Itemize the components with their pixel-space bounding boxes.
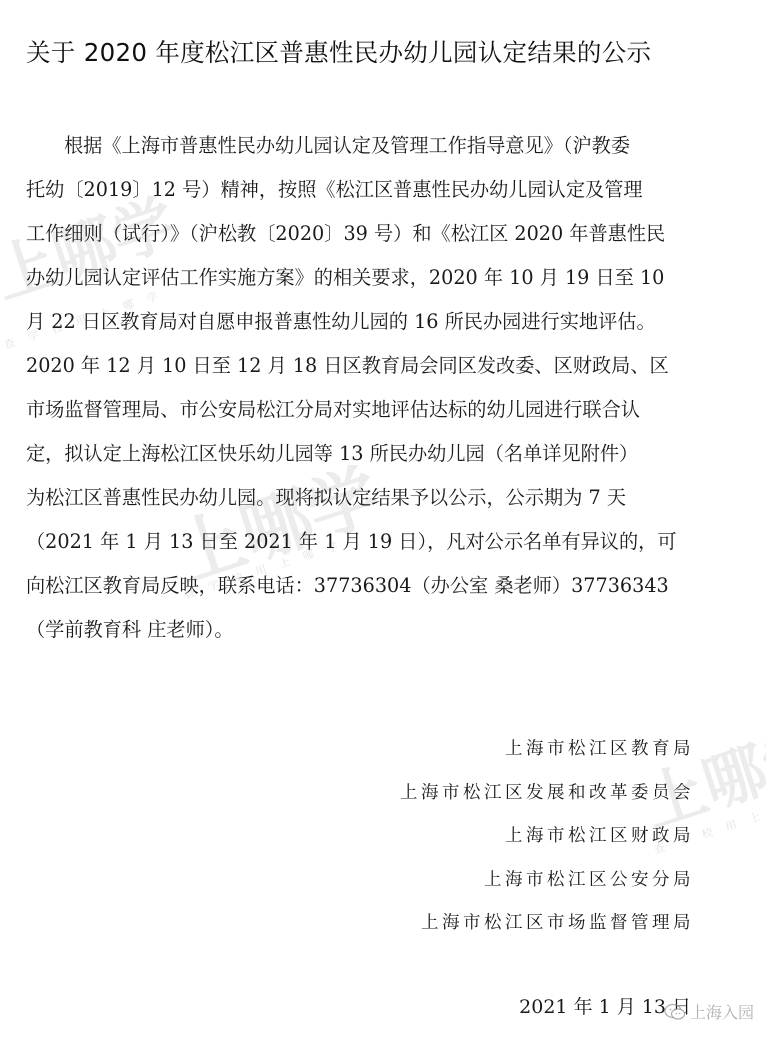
body-line: 办幼儿园认定评估工作实施方案》的相关要求，2020 年 10 月 19 日至 1… [26,256,756,300]
brand-watermark: 上海入园 [664,1000,754,1023]
signatory-development-reform-commission: 上海市松江区发展和改革委员会 [400,772,694,816]
signatory-public-security-branch: 上海市松江区公安分局 [400,859,694,903]
body-line: （2021 年 1 月 13 日至 2021 年 1 月 19 日），凡对公示名… [26,520,756,564]
body-line: 工作细则（试行）》（沪松教〔2020〕39 号）和《松江区 2020 年普惠性民 [26,212,756,256]
signatory-finance-bureau: 上海市松江区财政局 [400,815,694,859]
body-line: 为松江区普惠性民办幼儿园。现将拟认定结果予以公示，公示期为 7 天 [26,476,756,520]
wechat-icon [664,1003,686,1021]
body-line: 向松江区教育局反映，联系电话：37736304（办公室 桑老师）37736343 [26,564,756,608]
body-line: 月 22 日区教育局对自愿申报普惠性幼儿园的 16 所民办园进行实地评估。 [26,300,756,344]
notice-body: 根据《上海市普惠性民办幼儿园认定及管理工作指导意见》（沪教委 托幼〔2019〕1… [26,124,756,652]
body-line: 市场监督管理局、市公安局松江分局对实地评估达标的幼儿园进行联合认 [26,388,756,432]
signatory-education-bureau: 上海市松江区教育局 [400,728,694,772]
body-line: 2020 年 12 月 10 日至 12 月 18 日区教育局会同区发改委、区财… [26,344,756,388]
body-line: 托幼〔2019〕12 号）精神，按照《松江区普惠性民办幼儿园认定及管理 [26,168,756,212]
body-line: 定，拟认定上海松江区快乐幼儿园等 13 所民办幼儿园（名单详见附件） [26,432,756,476]
brand-name: 上海入园 [690,1000,754,1023]
body-line: 根据《上海市普惠性民办幼儿园认定及管理工作指导意见》（沪教委 [26,124,756,168]
document-title: 关于 2020 年度松江区普惠性民办幼儿园认定结果的公示 [26,34,651,69]
signatory-list: 上海市松江区教育局 上海市松江区发展和改革委员会 上海市松江区财政局 上海市松江… [400,728,694,946]
body-line: （学前教育科 庄老师）。 [26,608,756,652]
signatory-market-supervision-bureau: 上海市松江区市场监督管理局 [400,902,694,946]
